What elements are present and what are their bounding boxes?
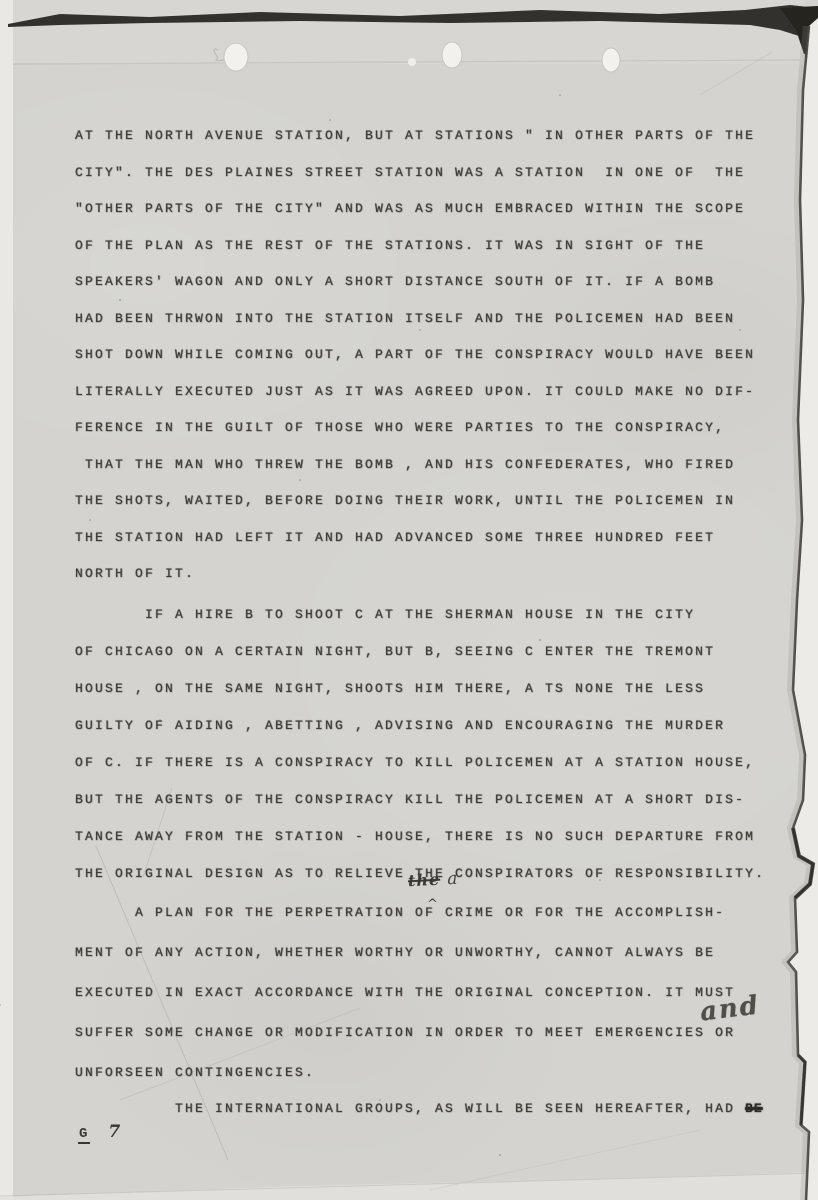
handwritten-overwrite-word: and (698, 990, 761, 1027)
torn-right-edge (788, 26, 813, 1200)
typed-line: MENT OF ANY ACTION, WHETHER WORTHY OR UN… (75, 933, 735, 973)
paragraph: A PLAN FOR THE PERPETRATION OF CRIME OR … (75, 893, 735, 1093)
caret-mark: ^ (427, 897, 438, 912)
typed-line: NORTH OF IT. (75, 556, 755, 593)
beyond-tear-area (788, 18, 818, 1200)
typed-line: BUT THE AGENTS OF THE CONSPIRACY KILL TH… (75, 781, 765, 818)
punch-hole (442, 42, 462, 68)
typed-line: THE INTERNATIONAL GROUPS, AS WILL BE SEE… (75, 1090, 763, 1128)
typed-line: EXECUTED IN EXACT ACCORDANCE WITH THE OR… (75, 973, 735, 1013)
typed-line: IF A HIRE B TO SHOOT C AT THE SHERMAN HO… (75, 596, 765, 633)
typed-line: HOUSE , ON THE SAME NIGHT, SHOOTS HIM TH… (75, 670, 765, 707)
typed-line: GUILTY OF AIDING , ABETTING , ADVISING A… (75, 707, 765, 744)
footer-page-number: 7 (108, 1122, 120, 1142)
handwritten-insertion: thea (408, 869, 459, 892)
scratch-line (700, 52, 772, 95)
typed-line-text: THE INTERNATIONAL GROUPS, AS WILL BE SEE… (75, 1101, 745, 1116)
footer-section-mark: G (78, 1126, 90, 1144)
typed-line: SHOT DOWN WHILE COMING OUT, A PART OF TH… (75, 337, 755, 374)
handwritten-inserted-word: a (447, 869, 459, 890)
typed-line: OF C. IF THERE IS A CONSPIRACY TO KILL P… (75, 744, 765, 781)
typed-line: SUFFER SOME CHANGE OR MODIFICATION IN OR… (75, 1013, 735, 1053)
typed-line: THE STATION HAD LEFT IT AND HAD ADVANCED… (75, 520, 755, 557)
bottom-edge-highlight (0, 1172, 818, 1200)
punch-hole (602, 48, 620, 72)
paragraph: IF A HIRE B TO SHOOT C AT THE SHERMAN HO… (75, 596, 765, 892)
typed-line: HAD BEEN THRWON INTO THE STATION ITSELF … (75, 301, 755, 338)
scratch-line (430, 1130, 700, 1190)
typed-line: FERENCE IN THE GUILT OF THOSE WHO WERE P… (75, 410, 755, 447)
typed-line: "OTHER PARTS OF THE CITY" AND WAS AS MUC… (75, 191, 755, 228)
punch-hole (224, 43, 248, 71)
typed-line: CITY". THE DES PLAINES STREET STATION WA… (75, 155, 755, 192)
page-footer: G7 (78, 1122, 120, 1142)
typed-line: AT THE NORTH AVENUE STATION, BUT AT STAT… (75, 118, 755, 155)
document-page: AT THE NORTH AVENUE STATION, BUT AT STAT… (0, 0, 818, 1200)
typed-line: THAT THE MAN WHO THREW THE BOMB , AND HI… (75, 447, 755, 484)
typed-line: TANCE AWAY FROM THE STATION - HOUSE, THE… (75, 818, 765, 855)
typed-line: UNFORSEEN CONTINGENCIES. (75, 1053, 735, 1093)
typed-line: A PLAN FOR THE PERPETRATION OF CRIME OR … (75, 893, 735, 933)
typed-line: LITERALLY EXECUTED JUST AS IT WAS AGREED… (75, 374, 755, 411)
typed-line: SPEAKERS' WAGON AND ONLY A SHORT DISTANC… (75, 264, 755, 301)
fold-line (13, 60, 800, 64)
top-torn-edge (8, 5, 818, 58)
paragraph: THE INTERNATIONAL GROUPS, AS WILL BE SEE… (75, 1090, 763, 1128)
handwritten-struck-word: the (408, 870, 441, 891)
left-edge-strip (0, 0, 13, 1200)
typed-line: THE SHOTS, WAITED, BEFORE DOING THEIR WO… (75, 483, 755, 520)
paragraph: AT THE NORTH AVENUE STATION, BUT AT STAT… (75, 118, 755, 593)
struck-out-word: BE (745, 1101, 763, 1116)
typed-line: OF CHICAGO ON A CERTAIN NIGHT, BUT B, SE… (75, 633, 765, 670)
typed-line: OF THE PLAN AS THE REST OF THE STATIONS.… (75, 228, 755, 265)
